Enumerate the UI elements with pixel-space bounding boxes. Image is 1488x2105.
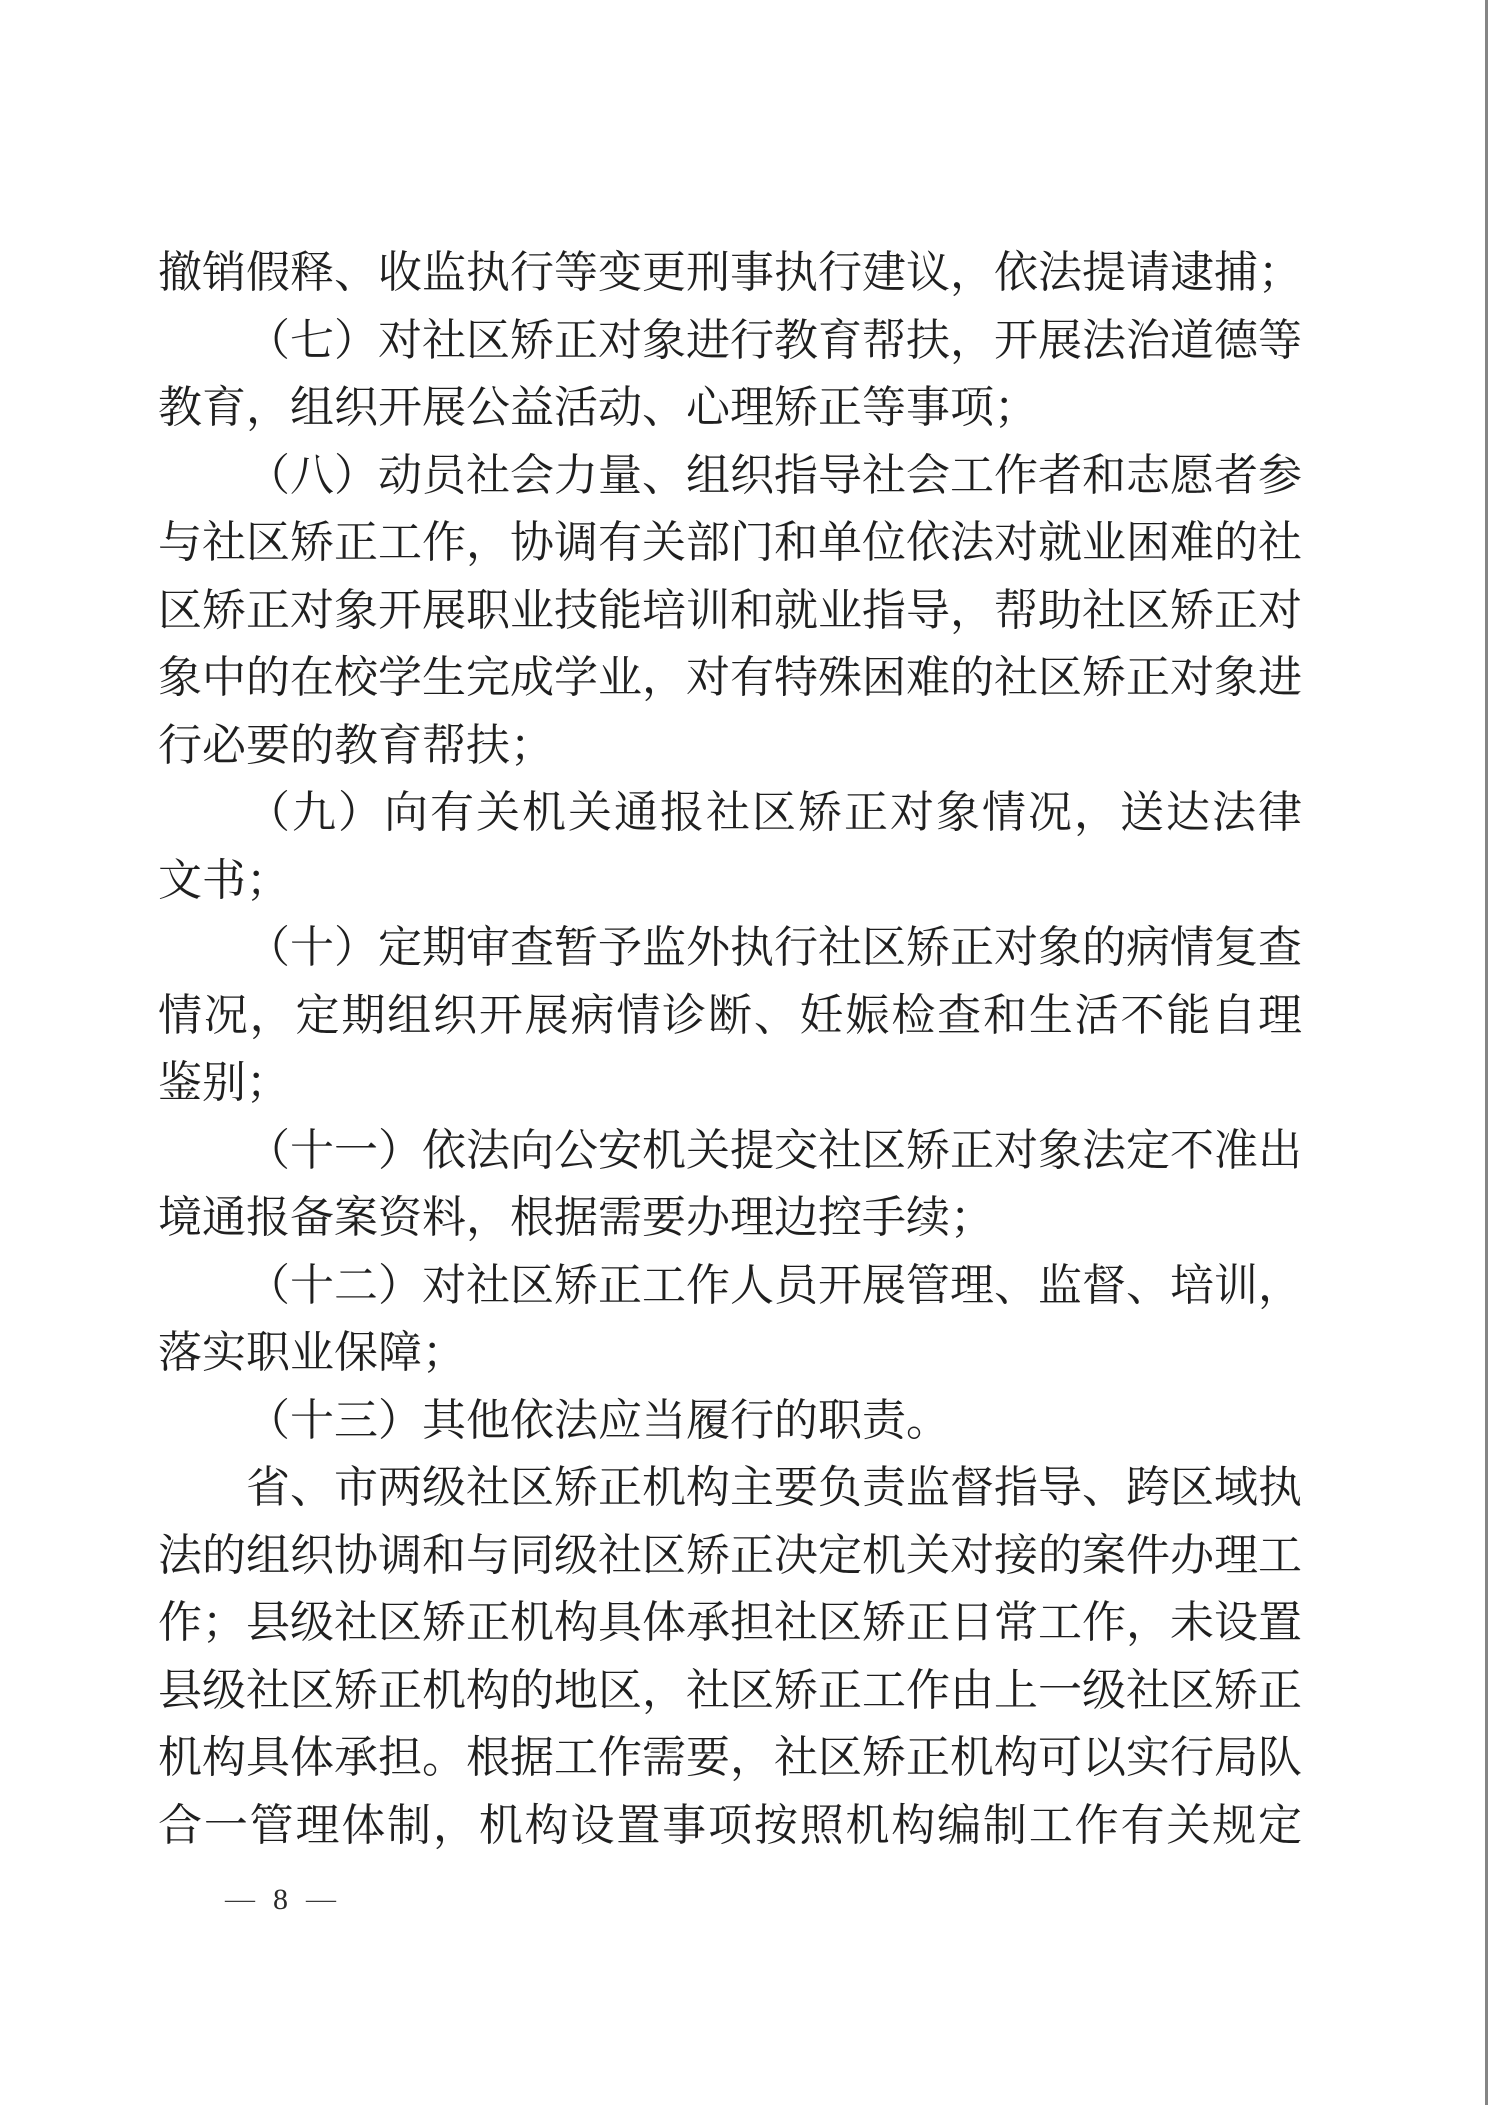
paragraph: 撤销假释、收监执行等变更刑事执行建议，依法提请逮捕； — [158, 239, 1302, 307]
text-line: 作；县级社区矫正机构具体承担社区矫正日常工作，未设置 — [158, 1589, 1302, 1657]
paragraph: （十二）对社区矫正工作人员开展管理、监督、培训，落实职业保障； — [158, 1252, 1302, 1387]
text-line: （十三）其他依法应当履行的职责。 — [158, 1387, 1302, 1455]
paragraph: （七）对社区矫正对象进行教育帮扶，开展法治道德等教育，组织开展公益活动、心理矫正… — [158, 307, 1302, 442]
document-body: 撤销假释、收监执行等变更刑事执行建议，依法提请逮捕；（七）对社区矫正对象进行教育… — [158, 239, 1302, 1859]
text-line: （九）向有关机关通报社区矫正对象情况，送达法律 — [158, 779, 1302, 847]
footer-dash-right: — — [306, 1887, 336, 1913]
paragraph: （八）动员社会力量、组织指导社会工作者和志愿者参与社区矫正工作，协调有关部门和单… — [158, 442, 1302, 780]
text-line: （七）对社区矫正对象进行教育帮扶，开展法治道德等 — [158, 307, 1302, 375]
text-line: 县级社区矫正机构的地区，社区矫正工作由上一级社区矫正 — [158, 1657, 1302, 1725]
text-line: 与社区矫正工作，协调有关部门和单位依法对就业困难的社 — [158, 509, 1302, 577]
text-line: 情况，定期组织开展病情诊断、妊娠检查和生活不能自理 — [158, 982, 1302, 1050]
paragraph: （十）定期审查暂予监外执行社区矫正对象的病情复查情况，定期组织开展病情诊断、妊娠… — [158, 914, 1302, 1117]
text-line: 鉴别； — [158, 1049, 1302, 1117]
text-line: （十）定期审查暂予监外执行社区矫正对象的病情复查 — [158, 914, 1302, 982]
paragraph: 省、市两级社区矫正机构主要负责监督指导、跨区域执法的组织协调和与同级社区矫正决定… — [158, 1454, 1302, 1859]
text-line: 区矫正对象开展职业技能培训和就业指导，帮助社区矫正对 — [158, 577, 1302, 645]
paragraph: （十三）其他依法应当履行的职责。 — [158, 1387, 1302, 1455]
text-line: 文书； — [158, 847, 1302, 915]
page-footer: — 8 — — [225, 1884, 336, 1916]
footer-page-number: 8 — [273, 1884, 288, 1916]
text-line: 合一管理体制，机构设置事项按照机构编制工作有关规定 — [158, 1792, 1302, 1860]
text-line: 境通报备案资料，根据需要办理边控手续； — [158, 1184, 1302, 1252]
text-line: （十二）对社区矫正工作人员开展管理、监督、培训， — [158, 1252, 1302, 1320]
text-line: 省、市两级社区矫正机构主要负责监督指导、跨区域执 — [158, 1454, 1302, 1522]
text-line: 教育，组织开展公益活动、心理矫正等事项； — [158, 374, 1302, 442]
text-line: 象中的在校学生完成学业，对有特殊困难的社区矫正对象进 — [158, 644, 1302, 712]
paragraph: （十一）依法向公安机关提交社区矫正对象法定不准出境通报备案资料，根据需要办理边控… — [158, 1117, 1302, 1252]
text-line: （十一）依法向公安机关提交社区矫正对象法定不准出 — [158, 1117, 1302, 1185]
document-page: 撤销假释、收监执行等变更刑事执行建议，依法提请逮捕；（七）对社区矫正对象进行教育… — [0, 0, 1488, 2105]
text-line: 落实职业保障； — [158, 1319, 1302, 1387]
footer-dash-left: — — [225, 1887, 255, 1913]
text-line: （八）动员社会力量、组织指导社会工作者和志愿者参 — [158, 442, 1302, 510]
paragraph: （九）向有关机关通报社区矫正对象情况，送达法律文书； — [158, 779, 1302, 914]
text-line: 法的组织协调和与同级社区矫正决定机关对接的案件办理工 — [158, 1522, 1302, 1590]
text-line: 行必要的教育帮扶； — [158, 712, 1302, 780]
text-line: 撤销假释、收监执行等变更刑事执行建议，依法提请逮捕； — [158, 239, 1302, 307]
text-line: 机构具体承担。根据工作需要，社区矫正机构可以实行局队 — [158, 1724, 1302, 1792]
